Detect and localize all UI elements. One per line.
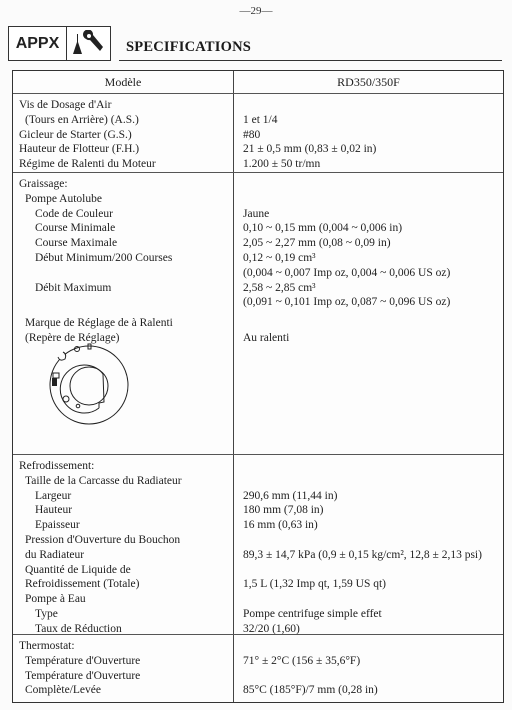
- spec-label: Début Minimum/200 Courses: [35, 251, 172, 265]
- spec-label: Epaisseur: [35, 518, 80, 532]
- spec-row: Régime de Ralenti du Moteur1.200 ± 50 tr…: [13, 157, 503, 171]
- spec-row: Début Minimum/200 Courses0,12 ~ 0,19 cm³: [13, 251, 503, 265]
- spec-row: Course Maximale2,05 ~ 2,27 mm (0,08 ~ 0,…: [13, 236, 503, 250]
- spec-row: Hauteur180 mm (7,08 in): [13, 503, 503, 517]
- section-cooling: Refrodissement:Taille de la Carcasse du …: [13, 454, 503, 635]
- spec-value: 180 mm (7,08 in): [243, 503, 324, 517]
- spec-value: (0,004 ~ 0,007 Imp oz, 0,004 ~ 0,006 US …: [243, 266, 450, 280]
- header-model-label: Modèle: [13, 75, 233, 90]
- spec-value: Jaune: [243, 207, 269, 221]
- spec-value: 71° ± 2°C (156 ± 35,6°F): [243, 654, 360, 668]
- spec-row: Refrodissement:: [13, 459, 503, 473]
- spec-row: (Tours en Arrière) (A.S.)1 et 1/4: [13, 113, 503, 127]
- spec-label: Débit Maximum: [35, 281, 111, 295]
- spec-row: Quantité de Liquide de: [13, 563, 503, 577]
- spec-value: Pompe centrifuge simple effet: [243, 607, 382, 621]
- specifications-table: Modèle RD350/350F Vis de Dosage d'Air(To…: [12, 70, 504, 703]
- spec-label: Taille de la Carcasse du Radiateur: [25, 474, 182, 488]
- spec-value: #80: [243, 128, 260, 142]
- spec-label: Course Maximale: [35, 236, 117, 250]
- spec-value: 1 et 1/4: [243, 113, 278, 127]
- spec-row: (0,091 ~ 0,101 Imp oz, 0,087 ~ 0,096 US …: [13, 295, 503, 309]
- section-badge: APPX: [8, 26, 111, 61]
- spec-row: Pression d'Ouverture du Bouchon: [13, 533, 503, 547]
- spec-row: Epaisseur16 mm (0,63 in): [13, 518, 503, 532]
- spec-label: Quantité de Liquide de: [25, 563, 131, 577]
- spec-row: Pompe à Eau: [13, 592, 503, 606]
- spec-row: Vis de Dosage d'Air: [13, 98, 503, 112]
- spec-row: du Radiateur89,3 ± 14,7 kPa (0,9 ± 0,15 …: [13, 548, 503, 562]
- spec-label: Complète/Levée: [25, 683, 101, 697]
- page-title: SPECIFICATIONS: [126, 39, 251, 56]
- page-number: —29—: [0, 5, 512, 17]
- spec-value: 0,10 ~ 0,15 mm (0,004 ~ 0,006 in): [243, 221, 402, 235]
- spec-value: 290,6 mm (11,44 in): [243, 489, 337, 503]
- spec-row: Course Minimale0,10 ~ 0,15 mm (0,004 ~ 0…: [13, 221, 503, 235]
- spec-value: 21 ± 0,5 mm (0,83 ± 0,02 in): [243, 142, 376, 156]
- section-badge-label: APPX: [9, 27, 67, 60]
- spec-label: Régime de Ralenti du Moteur: [19, 157, 156, 171]
- section-thermostat: Thermostat:Température d'Ouverture71° ± …: [13, 634, 503, 703]
- spec-label: Pompe Autolube: [25, 192, 102, 206]
- spec-value: Au ralenti: [243, 331, 289, 345]
- spec-row: (Repère de Réglage)Au ralenti: [13, 331, 503, 345]
- spec-label: Code de Couleur: [35, 207, 113, 221]
- spec-label: Refrodissement:: [19, 459, 94, 473]
- spec-value: 2,05 ~ 2,27 mm (0,08 ~ 0,09 in): [243, 236, 391, 250]
- spec-label: Hauteur de Flotteur (F.H.): [19, 142, 139, 156]
- spec-label: (Repère de Réglage): [25, 331, 120, 345]
- spec-value: 0,12 ~ 0,19 cm³: [243, 251, 316, 265]
- spec-value: 16 mm (0,63 in): [243, 518, 318, 532]
- spec-label: du Radiateur: [25, 548, 84, 562]
- section-lubrication: Graissage:Pompe AutolubeCode de CouleurJ…: [13, 172, 503, 455]
- spec-row: Refroidissement (Totale)1,5 L (1,32 Imp …: [13, 577, 503, 591]
- tools-icon: [67, 27, 110, 60]
- spec-label: Température d'Ouverture: [25, 669, 140, 683]
- spec-value: 1,5 L (1,32 Imp qt, 1,59 US qt): [243, 577, 386, 591]
- spec-row: TypePompe centrifuge simple effet: [13, 607, 503, 621]
- spec-row: Température d'Ouverture: [13, 669, 503, 683]
- spec-row: Débit Maximum2,58 ~ 2,85 cm³: [13, 281, 503, 295]
- spec-value: (0,091 ~ 0,101 Imp oz, 0,087 ~ 0,096 US …: [243, 295, 450, 309]
- spec-value: 89,3 ± 14,7 kPa (0,9 ± 0,15 kg/cm², 12,8…: [243, 548, 482, 562]
- spec-label: Thermostat:: [19, 639, 75, 653]
- spec-label: Marque de Réglage de à Ralenti: [25, 316, 173, 330]
- spec-label: Course Minimale: [35, 221, 115, 235]
- spec-label: Température d'Ouverture: [25, 654, 140, 668]
- spec-value: 1.200 ± 50 tr/mn: [243, 157, 320, 171]
- spec-label: Pression d'Ouverture du Bouchon: [25, 533, 180, 547]
- spec-label: Hauteur: [35, 503, 72, 517]
- spec-row: Thermostat:: [13, 639, 503, 653]
- spec-row: Pompe Autolube: [13, 192, 503, 206]
- spec-row: Code de CouleurJaune: [13, 207, 503, 221]
- spec-row: Marque de Réglage de à Ralenti: [13, 316, 503, 330]
- spec-row: (0,004 ~ 0,007 Imp oz, 0,004 ~ 0,006 US …: [13, 266, 503, 280]
- spec-row: Largeur290,6 mm (11,44 in): [13, 489, 503, 503]
- spec-label: Pompe à Eau: [25, 592, 86, 606]
- spec-row: Taille de la Carcasse du Radiateur: [13, 474, 503, 488]
- spec-value: 85°C (185°F)/7 mm (0,28 in): [243, 683, 378, 697]
- spec-value: 2,58 ~ 2,85 cm³: [243, 281, 316, 295]
- spec-label: Vis de Dosage d'Air: [19, 98, 111, 112]
- title-underline: [119, 60, 502, 61]
- spec-row: Hauteur de Flotteur (F.H.)21 ± 0,5 mm (0…: [13, 142, 503, 156]
- table-header: Modèle RD350/350F: [13, 71, 503, 94]
- spec-label: Gicleur de Starter (G.S.): [19, 128, 132, 142]
- spec-label: Largeur: [35, 489, 71, 503]
- spec-row: Complète/Levée85°C (185°F)/7 mm (0,28 in…: [13, 683, 503, 697]
- spec-row: Gicleur de Starter (G.S.)#80: [13, 128, 503, 142]
- spec-row: Graissage:: [13, 177, 503, 191]
- spec-row: Température d'Ouverture71° ± 2°C (156 ± …: [13, 654, 503, 668]
- spec-label: Graissage:: [19, 177, 68, 191]
- spec-label: Type: [35, 607, 58, 621]
- spec-label: (Tours en Arrière) (A.S.): [25, 113, 139, 127]
- adjusting-plate-diagram: [33, 330, 143, 445]
- spec-label: Refroidissement (Totale): [25, 577, 139, 591]
- header-model-value: RD350/350F: [234, 75, 503, 90]
